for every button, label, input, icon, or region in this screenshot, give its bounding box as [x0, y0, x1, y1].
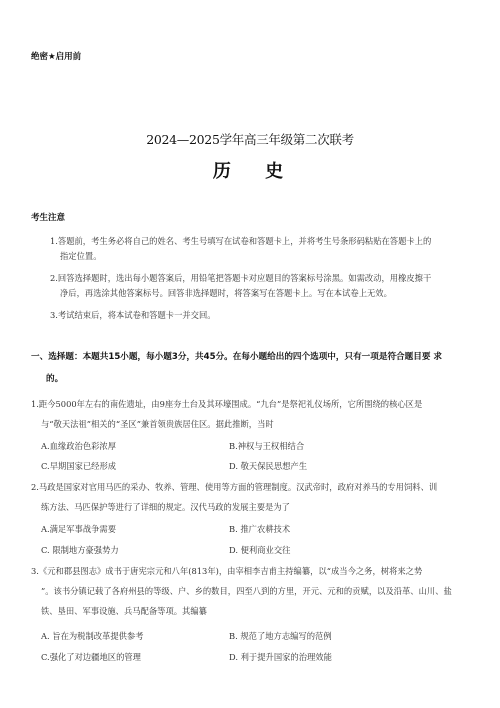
- question-1-option-c: C.早期国家已经形成: [41, 460, 116, 472]
- question-2-option-c: C. 限制地方豪强势力: [41, 544, 119, 556]
- question-2-option-b: B. 推广农耕技术: [229, 523, 290, 535]
- question-1-option-b: B.神权与王权相结合: [229, 440, 304, 452]
- section-heading-line1: 一、选择题：本题共15小题，每小题3分，共45分。在每小题给出的四个选项中，只有…: [31, 350, 442, 362]
- question-2-option-d: D. 便利商业交往: [229, 544, 290, 556]
- question-1-line1: 1.距今5000年左右的南佐遗址，由9座夯土台及其环壕围成。“九台”是祭祀礼仪场…: [31, 398, 422, 410]
- question-1-line2: 与“敬天法祖”相关的“圣区”兼首领贵族居住区。据此推断，当时: [41, 418, 274, 430]
- notice-item-3: 3.考试结束后，将本试卷和答题卡一并交回。: [50, 309, 216, 321]
- section-heading-line2: 的。: [46, 372, 63, 384]
- notice-item-2-line2: 净后，再选涂其他答案标号。回答非选择题时，将答案写在答题卡上。写在本试卷上无效。: [60, 287, 392, 299]
- question-3-line2: ”。该书分镇记载了各府州县的等级、户、乡的数目，四至八到的方里，开元、元和的贡赋…: [41, 585, 452, 597]
- question-3-option-c: C.强化了对边疆地区的管理: [41, 651, 141, 663]
- notice-heading: 考生注意: [31, 211, 65, 223]
- notice-item-1-line2: 指定位置。: [60, 250, 102, 262]
- exam-title: 2024—2025学年高三年级第二次联考: [0, 130, 500, 148]
- question-3-option-d: D. 利于提升国家的治理效能: [229, 651, 332, 663]
- question-1-option-d: D. 敬天保民思想产生: [229, 460, 307, 472]
- subject-title: 历 史: [0, 157, 500, 183]
- question-2-line2: 练方法、马匹保护等进行了详细的规定。汉代马政的发展主要是为了: [41, 501, 290, 513]
- notice-item-2-line1: 2.回答选择题时，选出每小题答案后，用铅笔把答题卡对应题目的答案标号涂黑。如需改…: [50, 272, 431, 284]
- question-3-option-a: A. 旨在为税制改革提供参考: [41, 630, 144, 642]
- confidential-label: 绝密★启用前: [31, 50, 81, 62]
- question-1-option-a: A.血缘政治色彩浓厚: [41, 440, 116, 452]
- question-3-option-b: B. 规范了地方志编写的范例: [229, 630, 332, 642]
- question-2-line1: 2.马政是国家对官用马匹的采办、牧养、管理、使用等方面的管理制度。汉武帝时，政府…: [31, 481, 437, 493]
- notice-item-1-line1: 1.答题前，考生务必将自己的姓名、考生号填写在试卷和答题卡上，并将考生号条形码粘…: [50, 235, 431, 247]
- question-3-line1: 3.《元和郡县图志》成书于唐宪宗元和八年(813年)，由宰相李吉甫主持编纂，以“…: [31, 565, 422, 577]
- question-2-option-a: A.满足军事战争需要: [41, 523, 116, 535]
- question-3-line3: 铁、垦田、军事设施、兵马配备等项。其编纂: [41, 605, 207, 617]
